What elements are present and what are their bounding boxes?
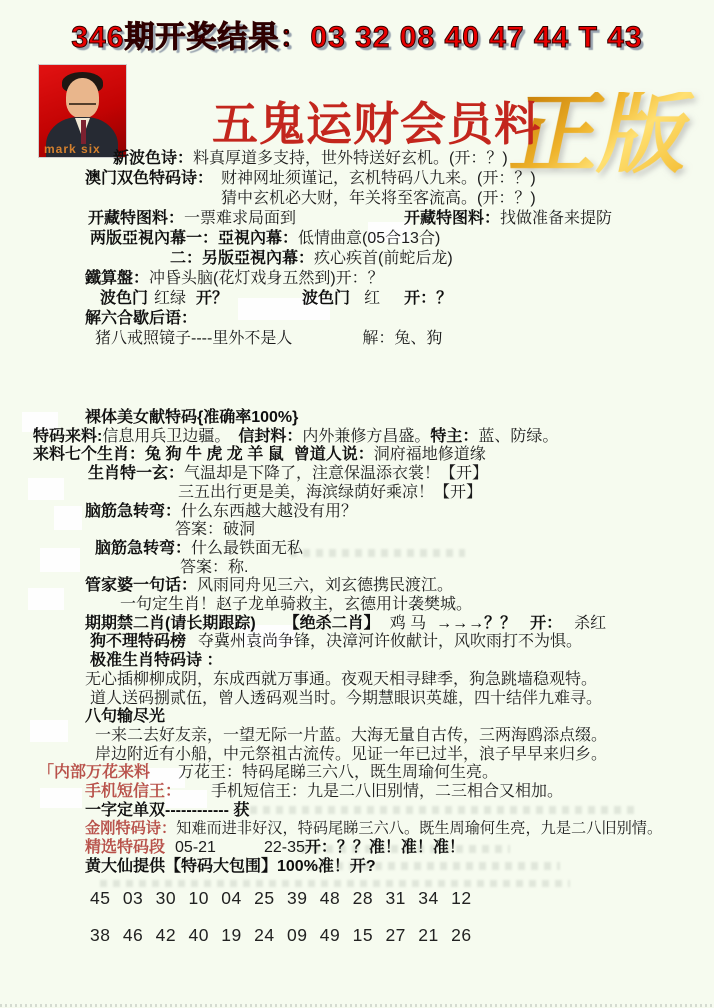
neibu-label: 「内部万花来料: [38, 764, 150, 781]
sms-text: 手机短信王：九是二八旧别情，二三相合又相加。: [211, 783, 563, 802]
xiehouyu-title: 解六合歇后语：: [85, 310, 197, 327]
line-yizi: 一字定单双------------ 获: [0, 802, 714, 821]
macau-line1: 财神网址须谨记，玄机特码八九来。(开：？): [221, 169, 536, 189]
texuan-label: 生肖特一玄：: [88, 465, 184, 482]
line-jingxuan: 精选特码段05-2122-35开：？？准！准！准！: [0, 839, 714, 858]
juesha-arrows: →→→？？: [436, 615, 516, 634]
yashi1-text: 低情曲意(05合13合): [298, 230, 440, 247]
lucky-numbers-row-1: 45 03 30 10 04 25 39 48 28 31 34 12: [90, 888, 472, 909]
line-luoti: 裸体美女献特码{准确率100%}: [0, 409, 714, 428]
brain2-label: 脑筋急转弯：: [95, 540, 191, 557]
juesha-animals: 鸡 马: [390, 615, 426, 634]
tiesuanpan-text: 冲昏头脑(花灯戏身五然到)开：？: [149, 270, 384, 287]
line-guanjiapo: 管家婆一句话：风雨同舟见三六，刘玄德携民渡江。: [0, 577, 714, 596]
kaicang-label-1: 开藏特图料：: [88, 210, 184, 227]
bose2-value: 红: [364, 289, 380, 309]
juding-text: 一句定生肖！赵子龙单骑救主，玄德用计袭樊城。: [120, 596, 472, 613]
guanjiapo-text: 风雨同舟见三六，刘玄德携民渡江。: [197, 577, 453, 594]
baju2-text: 岸边附近有小船，中元祭祖古流传。见证一年已过半，浪子早早来归乡。: [95, 746, 607, 763]
luoti-title: 裸体美女献特码{准确率100%}: [85, 409, 298, 426]
brain2-answer: 答案：称.: [180, 559, 248, 576]
laliao-text: 信息用兵卫边疆。: [102, 428, 230, 445]
jingang-label: 金刚特码诗：: [85, 820, 176, 837]
jingxuan-open: 开：？？准！准！准！: [305, 839, 465, 856]
qige-animals: 兔 狗 牛 虎 龙 羊 鼠: [145, 446, 284, 463]
line-baju2: 岸边附近有小船，中元祭祖古流传。见证一年已过半，浪子早早来归乡。: [0, 746, 714, 765]
texuan-line2: 三五出行更是美，海滨绿荫好乘凉！【开】: [178, 484, 482, 501]
line-brain2-q: 脑筋急转弯：什么最铁面无私: [0, 540, 714, 559]
flyer-page: 346期开奖结果：03 32 08 40 47 44 T 43 mark six…: [0, 0, 714, 1008]
guanjiapo-label: 管家婆一句话：: [85, 577, 197, 594]
photo-tie: [81, 120, 86, 144]
baju-title: 八句输尽光: [85, 708, 165, 725]
section-top-tips: 新波色诗：料真厚道多支持，世外特送好玄机。(开：？) 澳门双色特码诗：财神网址须…: [0, 149, 714, 349]
goubuli-text: 夺冀州袁尚争锋，决漳河许攸献计，风吹雨打不为惧。: [198, 633, 582, 652]
bose1-open: 开？: [196, 289, 228, 309]
cengdao-label: 曾道人说：: [294, 446, 374, 465]
line-poem2: 道人送码捌贰伍，曾人透码观当时。今期慧眼识英雄，四十结伴九难寻。: [0, 690, 714, 709]
line-macau-1: 澳门双色特码诗：财神网址须谨记，玄机特码八九来。(开：？): [0, 169, 714, 189]
xiehouyu-text: 猪八戒照镜子----里外不是人: [95, 330, 292, 347]
yashi2-label: 二：: [170, 250, 202, 267]
line-laliao: 特码来料:信息用兵卫边疆。信封料：内外兼修方昌盛。特主：蓝、防绿。: [0, 428, 714, 447]
kaicang-label-2: 开藏特图料：: [404, 209, 500, 229]
jingxuan-range2: 22-35: [264, 839, 305, 858]
xinbose-text: 料真厚道多支持，世外特送好玄机。(开：？): [193, 150, 508, 167]
erased-text-smudge: [100, 880, 570, 887]
line-jizhun-title: 极准生肖特码诗 ：: [0, 652, 714, 671]
line-tiesuanpan: 鐵算盤：冲昏头脑(花灯戏身五然到)开：？: [0, 269, 714, 289]
brain1-answer: 答案：破洞: [175, 521, 255, 538]
line-texuan-2: 三五出行更是美，海滨绿荫好乘凉！【开】: [0, 484, 714, 503]
host-photo: mark six: [38, 64, 127, 158]
line-poem1: 无心插柳柳成阴，东成西就万事通。夜观天相寻肆季，狗急跳墙稳观特。: [0, 671, 714, 690]
line-neibu: 「内部万花来料万花王：特码尾睇三六八，既生周瑜何生亮。: [0, 764, 714, 783]
line-xiehouyu: 猪八戒照镜子----里外不是人解：兔、狗: [0, 329, 714, 349]
yashi1-sub: 亞視內幕：: [218, 230, 298, 247]
line-jinxiao: 期期禁二肖(请长期跟踪)【绝杀二肖】鸡 马→→→？？开：杀红: [0, 615, 714, 634]
line-bosemen: 波色门红绿开？波色门红开：？: [0, 289, 714, 309]
goubuli-label: 狗不理特码榜: [90, 633, 186, 650]
line-kaicang: 开藏特图料：一票难求局面到开藏特图料：找做准备来提防: [0, 209, 714, 229]
xinbose-label: 新波色诗：: [113, 150, 193, 167]
line-juding: 一句定生肖！赵子龙单骑救主，玄德用计袭樊城。: [0, 596, 714, 615]
line-xiehouyu-title: 解六合歇后语：: [0, 309, 714, 329]
line-yashi-1: 两版亞視內幕一：亞視內幕：低情曲意(05合13合): [0, 229, 714, 249]
line-jingang: 金刚特码诗：知难而进非好汉，特码尾睇三六八。既生周瑜何生亮，九是二八旧别情。: [0, 820, 714, 839]
line-sms: 手机短信王：手机短信王：九是二八旧别情，二三相合又相加。: [0, 783, 714, 802]
xiehouyu-answer: 解：兔、狗: [362, 329, 442, 349]
line-macau-2: 猜中玄机必大财，年关将至客流高。(开：？): [0, 189, 714, 209]
yashi1-label: 两版亞視內幕一：: [90, 230, 218, 247]
tiesuanpan-label: 鐵算盤：: [85, 270, 149, 287]
tezhu-label: 特主：: [430, 428, 478, 445]
texuan-line1: 气温却是下降了，注意保温添衣裳！【开】: [184, 465, 488, 482]
huangdaxian-text: 黄大仙提供【特码大包围】100%准！开?: [85, 858, 376, 875]
glasses-icon: [69, 96, 96, 105]
line-qige: 来料七个生肖：兔 狗 牛 虎 龙 羊 鼠曾道人说：洞府福地修道缘: [0, 446, 714, 465]
juesha-result: 杀红: [574, 615, 606, 634]
bottom-dotted-edge: [0, 1004, 714, 1007]
laliao-label: 特码来料:: [33, 428, 102, 445]
juesha-open: 开：: [530, 615, 562, 634]
jingxuan-range1: 05-21: [175, 839, 216, 858]
jingxuan-label: 精选特码段: [85, 839, 165, 856]
line-baju1: 一来二去好友亲，一望无际一片蓝。大海无量自古传，三两海鸥添点缀。: [0, 727, 714, 746]
juesha-label: 【绝杀二肖】: [284, 615, 380, 634]
cengdao-text: 洞府福地修道缘: [374, 446, 486, 463]
jingang-text: 知难而进非好汉，特码尾睇三六八。既生周瑜何生亮，九是二八旧别情。: [176, 820, 662, 837]
yashi2-text: 疚心疾首(前蛇后龙): [314, 250, 453, 267]
bose1-value: 红绿: [154, 289, 186, 309]
xinfeng-label: 信封料：: [238, 428, 302, 447]
draw-result-header: 346期开奖结果：03 32 08 40 47 44 T 43: [0, 12, 714, 56]
qige-label: 来料七个生肖：: [33, 446, 145, 463]
line-baju-title: 八句输尽光: [0, 708, 714, 727]
brain2-question: 什么最铁面无私: [191, 540, 303, 557]
line-brain1-q: 脑筋急转弯：什么东西越大越没有用？: [0, 503, 714, 522]
tezhu-text: 蓝、防绿。: [478, 428, 558, 445]
line-goubuli: 狗不理特码榜夺冀州袁尚争锋，决漳河许攸献计，风吹雨打不为惧。: [0, 633, 714, 652]
yizi-text: 一字定单双------------ 获: [85, 802, 249, 819]
bose2-label: 波色门: [302, 289, 350, 309]
poem2-text: 道人送码捌贰伍，曾人透码观当时。今期慧眼识英雄，四十结伴九难寻。: [90, 690, 602, 707]
kaicang-text-2: 找做准备来提防: [500, 210, 612, 227]
brain1-question: 什么东西越大越没有用？: [181, 503, 357, 520]
yashi2-sub: 另版亞視內幕：: [202, 250, 314, 267]
line-texuan-1: 生肖特一玄：气温却是下降了，注意保温添衣裳！【开】: [0, 465, 714, 484]
line-brain1-a: 答案：破洞: [0, 521, 714, 540]
page-title: 五鬼运财会员料: [212, 88, 541, 154]
bose1-label: 波色门: [100, 290, 148, 307]
lucky-numbers-row-2: 38 46 42 40 19 24 09 49 15 27 21 26: [90, 925, 472, 946]
bose2-open: 开：？: [404, 289, 452, 309]
sms-label: 手机短信王：: [85, 783, 181, 800]
line-yashi-2: 二：另版亞視內幕：疚心疾首(前蛇后龙): [0, 249, 714, 269]
xinfeng-text: 内外兼修方昌盛。: [302, 428, 430, 445]
jizhun-title: 极准生肖特码诗 ：: [90, 652, 222, 669]
section-member-material: 裸体美女献特码{准确率100%} 特码来料:信息用兵卫边疆。信封料：内外兼修方昌…: [0, 409, 714, 877]
poem1-text: 无心插柳柳成阴，东成西就万事通。夜观天相寻肆季，狗急跳墙稳观特。: [85, 671, 597, 688]
line-huangdaxian: 黄大仙提供【特码大包围】100%准！开?: [0, 858, 714, 877]
line-xinbose: 新波色诗：料真厚道多支持，世外特送好玄机。(开：？): [0, 149, 714, 169]
baju1-text: 一来二去好友亲，一望无际一片蓝。大海无量自古传，三两海鸥添点缀。: [95, 727, 607, 744]
jinxiao-label: 期期禁二肖(请长期跟踪): [85, 615, 256, 632]
line-brain2-a: 答案：称.: [0, 559, 714, 578]
brain1-label: 脑筋急转弯：: [85, 503, 181, 520]
macau-label: 澳门双色特码诗：: [85, 170, 213, 187]
macau-line2: 猜中玄机必大财，年关将至客流高。(开：？): [221, 190, 536, 207]
kaicang-text-1: 一票难求局面到: [184, 210, 296, 227]
neibu-text: 万花王：特码尾睇三六八，既生周瑜何生亮。: [178, 764, 498, 783]
